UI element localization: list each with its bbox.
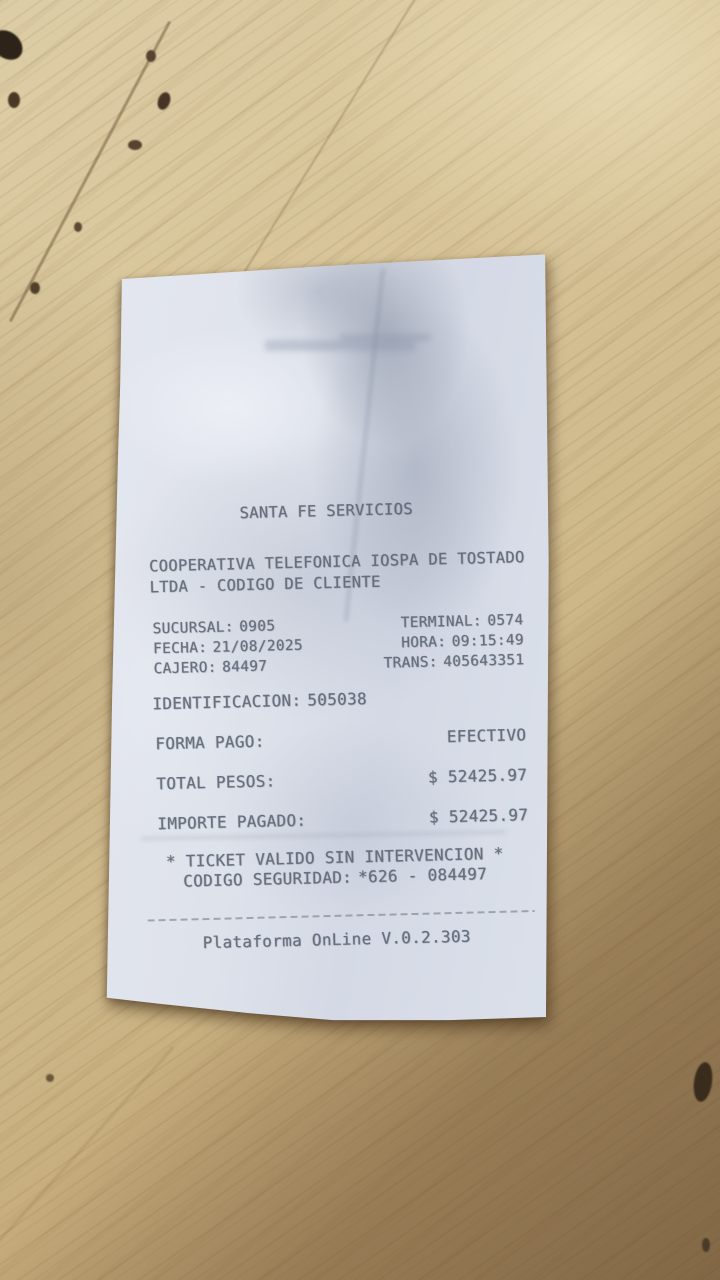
terminal-value: 0574 [487, 612, 524, 629]
identification-value: 505038 [307, 689, 367, 709]
hora-value: 09:15:49 [452, 632, 525, 650]
info-right: TRANS:405643351 [383, 652, 524, 671]
info-left: FECHA:21/08/2025 [153, 638, 303, 658]
sucursal-value: 0905 [239, 618, 276, 635]
wood-knot [128, 140, 142, 150]
wood-seam [238, 0, 441, 281]
wood-knot [46, 1074, 54, 1082]
paid-label: IMPORTE PAGADO: [157, 811, 306, 834]
wood-knot [691, 1061, 714, 1103]
trans-value: 405643351 [443, 652, 525, 670]
identification-line: IDENTIFICACION:505038 [108, 685, 553, 715]
trans-label: TRANS: [383, 654, 438, 671]
wood-knot [74, 222, 82, 232]
paid-value: $ 52425.97 [429, 805, 529, 826]
wood-knot [30, 282, 40, 294]
forma-pago-value: EFECTIVO [447, 725, 527, 746]
terminal-label: TERMINAL: [401, 613, 483, 631]
hora-label: HORA: [401, 634, 447, 651]
info-left: SUCURSAL:0905 [152, 618, 275, 637]
info-right: TERMINAL:0574 [401, 612, 524, 631]
wood-knot [702, 1238, 710, 1252]
receipt-print: SANTA FE SERVICIOS COOPERATIVA TELEFONIC… [98, 247, 562, 1030]
total-row: TOTAL PESOS: $ 52425.97 [110, 765, 555, 795]
sucursal-label: SUCURSAL: [152, 619, 234, 637]
paid-amount-row: IMPORTE PAGADO: $ 52425.97 [111, 804, 556, 834]
identification-label: IDENTIFICACION: [152, 691, 301, 714]
info-right: HORA:09:15:49 [401, 632, 524, 651]
receipt-title: SANTA FE SERVICIOS [104, 497, 549, 526]
payment-method-row: FORMA PAGO: EFECTIVO [109, 725, 554, 755]
security-code-label: CODIGO SEGURIDAD: [183, 867, 352, 890]
wood-knot [155, 90, 172, 111]
total-label: TOTAL PESOS: [156, 771, 276, 793]
total-value: $ 52425.97 [428, 765, 528, 786]
wood-knot [8, 92, 20, 108]
platform-version-line: Plataforma OnLine V.0.2.303 [114, 924, 559, 954]
wood-knot [146, 50, 156, 62]
dashed-separator [148, 910, 535, 921]
info-left: CAJERO:84497 [153, 659, 267, 678]
forma-pago-label: FORMA PAGO: [155, 732, 265, 754]
fecha-value: 21/08/2025 [212, 638, 303, 656]
wood-seam [0, 1046, 174, 1255]
wood-knot [0, 24, 28, 66]
receipt-paper: SANTA FE SERVICIOS COOPERATIVA TELEFONIC… [105, 252, 550, 1024]
receipt: SANTA FE SERVICIOS COOPERATIVA TELEFONIC… [105, 252, 550, 1024]
cajero-value: 84497 [222, 659, 268, 676]
fecha-label: FECHA: [153, 640, 208, 657]
cajero-label: CAJERO: [153, 660, 217, 678]
security-code-value: *626 - 084497 [358, 864, 488, 886]
